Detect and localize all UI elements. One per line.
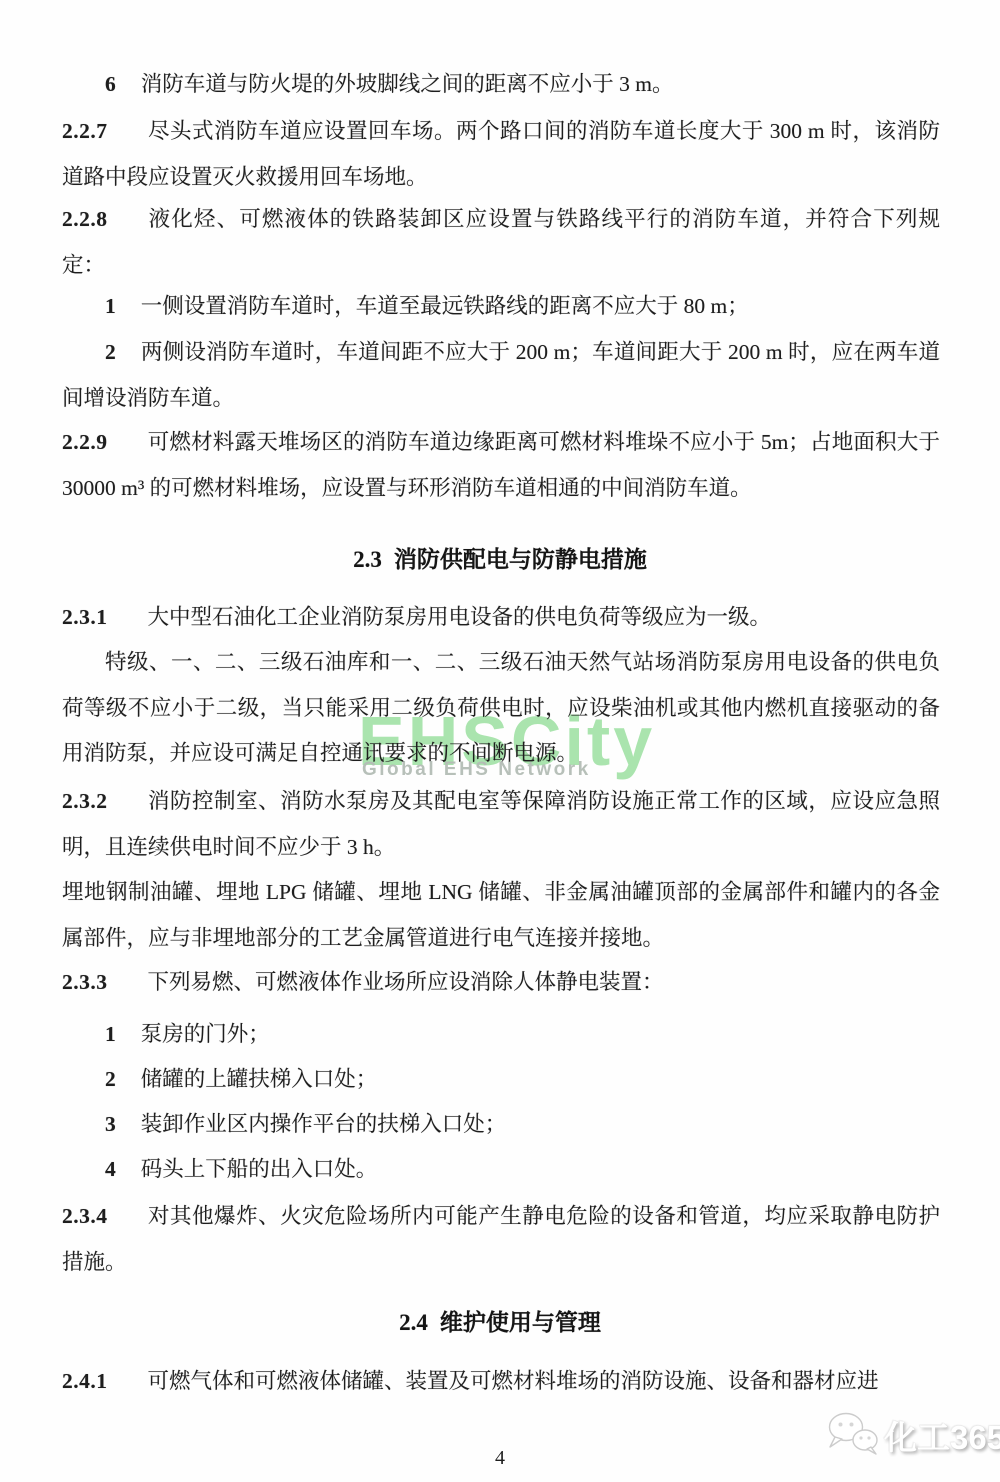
section-number: 2.4 bbox=[399, 1310, 428, 1335]
item-text: 一侧设置消防车道时，车道至最远铁路线的距离不应大于 80 m； bbox=[141, 294, 749, 318]
clause-paragraph: 2.3.3下列易燃、可燃液体作业场所应设消除人体静电装置： bbox=[62, 960, 940, 1006]
clause-text: 可燃气体和可燃液体储罐、装置及可燃材料堆场的消防设施、设备和器材应进 bbox=[148, 1369, 879, 1393]
clause-paragraph: 2.2.9可燃材料露天堆场区的消防车道边缘距离可燃材料堆垛不应小于 5m；占地面… bbox=[62, 420, 940, 511]
clause-number: 2.2.8 bbox=[62, 207, 108, 231]
document-page: EHSCity Global EHS Network 6消防车道与防火堤的外坡脚… bbox=[0, 0, 1000, 1482]
section-heading: 2.4维护使用与管理 bbox=[0, 1299, 1000, 1346]
section-number: 2.3 bbox=[353, 547, 382, 572]
item-number: 2 bbox=[105, 340, 116, 364]
item-text: 两侧设消防车道时，车道间距不应大于 200 m；车道间距大于 200 m 时，应… bbox=[62, 340, 940, 410]
item-text: 储罐的上罐扶梯入口处； bbox=[141, 1067, 378, 1091]
body-paragraph: 埋地钢制油罐、埋地 LPG 储罐、埋地 LNG 储罐、非金属油罐顶部的金属部件和… bbox=[62, 870, 940, 961]
list-item: 6消防车道与防火堤的外坡脚线之间的距离不应小于 3 m。 bbox=[62, 62, 940, 108]
clause-paragraph: 2.3.4对其他爆炸、火灾危险场所内可能产生静电危险的设备和管道，均应采取静电防… bbox=[62, 1194, 940, 1285]
item-text: 码头上下船的出入口处。 bbox=[141, 1157, 378, 1181]
item-text: 消防车道与防火堤的外坡脚线之间的距离不应小于 3 m。 bbox=[141, 72, 674, 96]
item-number: 6 bbox=[105, 72, 116, 96]
item-number: 4 bbox=[105, 1157, 116, 1181]
list-item: 3装卸作业区内操作平台的扶梯入口处； bbox=[62, 1102, 940, 1148]
clause-paragraph: 2.2.7尽头式消防车道应设置回车场。两个路口间的消防车道长度大于 300 m … bbox=[62, 109, 940, 200]
body-paragraph: 特级、一、二、三级石油库和一、二、三级石油天然气站场消防泵房用电设备的供电负荷等… bbox=[62, 640, 940, 777]
clause-paragraph: 2.2.8液化烃、可燃液体的铁路装卸区应设置与铁路线平行的消防车道，并符合下列规… bbox=[62, 197, 940, 288]
item-text: 装卸作业区内操作平台的扶梯入口处； bbox=[141, 1112, 507, 1136]
clause-text: 可燃材料露天堆场区的消防车道边缘距离可燃材料堆垛不应小于 5m；占地面积大于 3… bbox=[62, 430, 940, 500]
clause-text: 尽头式消防车道应设置回车场。两个路口间的消防车道长度大于 300 m 时，该消防… bbox=[62, 119, 940, 189]
clause-number: 2.4.1 bbox=[62, 1369, 108, 1393]
section-title: 消防供配电与防静电措施 bbox=[394, 546, 647, 572]
clause-paragraph: 2.3.1大中型石油化工企业消防泵房用电设备的供电负荷等级应为一级。 bbox=[62, 595, 940, 641]
paragraph-text: 埋地钢制油罐、埋地 LPG 储罐、埋地 LNG 储罐、非金属油罐顶部的金属部件和… bbox=[62, 880, 940, 950]
paragraph-text: 特级、一、二、三级石油库和一、二、三级石油天然气站场消防泵房用电设备的供电负荷等… bbox=[62, 650, 940, 765]
clause-number: 2.3.1 bbox=[62, 605, 108, 629]
item-text: 泵房的门外； bbox=[141, 1022, 270, 1046]
clause-text: 大中型石油化工企业消防泵房用电设备的供电负荷等级应为一级。 bbox=[148, 605, 772, 629]
list-item: 1一侧设置消防车道时，车道至最远铁路线的距离不应大于 80 m； bbox=[62, 284, 940, 330]
item-number: 3 bbox=[105, 1112, 116, 1136]
item-number: 2 bbox=[105, 1067, 116, 1091]
list-item: 1泵房的门外； bbox=[62, 1012, 940, 1058]
list-item: 2两侧设消防车道时，车道间距不应大于 200 m；车道间距大于 200 m 时，… bbox=[62, 330, 940, 421]
item-number: 1 bbox=[105, 294, 116, 318]
item-number: 1 bbox=[105, 1022, 116, 1046]
clause-number: 2.3.3 bbox=[62, 970, 108, 994]
clause-number: 2.3.4 bbox=[62, 1204, 108, 1228]
list-item: 4码头上下船的出入口处。 bbox=[62, 1147, 940, 1193]
clause-text: 消防控制室、消防水泵房及其配电室等保障消防设施正常工作的区域，应设应急照明，且连… bbox=[62, 789, 940, 859]
clause-number: 2.2.7 bbox=[62, 119, 108, 143]
section-title: 维护使用与管理 bbox=[440, 1309, 601, 1335]
clause-text: 液化烃、可燃液体的铁路装卸区应设置与铁路线平行的消防车道，并符合下列规定： bbox=[62, 207, 940, 277]
clause-text: 对其他爆炸、火灾危险场所内可能产生静电危险的设备和管道，均应采取静电防护措施。 bbox=[62, 1204, 940, 1274]
clause-text: 下列易燃、可燃液体作业场所应设消除人体静电装置： bbox=[148, 970, 664, 994]
section-heading: 2.3消防供配电与防静电措施 bbox=[0, 536, 1000, 583]
clause-number: 2.2.9 bbox=[62, 430, 108, 454]
page-number: 4 bbox=[0, 1443, 1000, 1473]
clause-number: 2.3.2 bbox=[62, 789, 108, 813]
clause-paragraph: 2.4.1可燃气体和可燃液体储罐、装置及可燃材料堆场的消防设施、设备和器材应进 bbox=[62, 1359, 940, 1405]
clause-paragraph: 2.3.2消防控制室、消防水泵房及其配电室等保障消防设施正常工作的区域，应设应急… bbox=[62, 779, 940, 870]
list-item: 2储罐的上罐扶梯入口处； bbox=[62, 1057, 940, 1103]
